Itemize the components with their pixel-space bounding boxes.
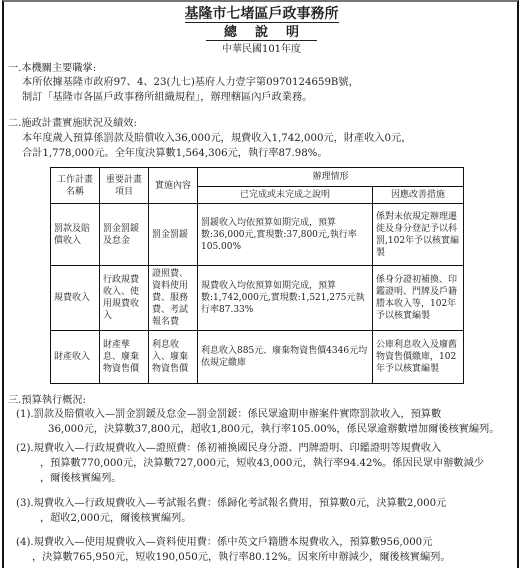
cell-plan-name: 規費收入	[51, 266, 100, 331]
section2-line: 合計1,778,000元。全年度決算數1,564,306元，執行率87.98%。	[22, 147, 328, 161]
cell-measures: 係身分證初補換、印鑑證明、門牌及戶籍謄本收入等，102年予以核實編製	[373, 266, 464, 331]
budget-item-line: ，決算數765,950元，短收190,050元，執行率80.12%。因來所申辦減…	[32, 551, 451, 565]
performance-table: 工作計畫名稱 重要計畫項目 實施內容 辦理情形 已完成或未完成之說明 因應改善措…	[50, 167, 464, 384]
header-status: 已完成或未完成之說明	[198, 187, 373, 204]
cell-content: 證照費、資料使用費、服務費、考試報名費	[149, 266, 198, 331]
section2-line: 本年度歲入預算係罰款及賠償收入36,000元，規費收入1,742,000元，財產…	[22, 132, 411, 146]
header-progress-group: 辦理情形	[198, 168, 464, 187]
section2-heading: 二.施政計畫實施狀況及績效:	[8, 117, 137, 131]
header-key-item: 重要計畫項目	[100, 168, 149, 204]
cell-key-item: 財產孳息、廢棄物資售價	[100, 331, 149, 384]
table-row: 罰款及賠償收入 罰金罰鍰及怠金 罰金罰鍰 罰鍰收入均依預算如期完成，預算數:36…	[51, 204, 464, 266]
table-row: 規費收入 行政規費收入、使用規費收入 證照費、資料使用費、服務費、考試報名費 規…	[51, 266, 464, 331]
budget-item-line: (4).規費收入—使用規費收入—資料使用費：係中英文戶籍謄本規費收入，預算數95…	[16, 536, 432, 550]
cell-status: 利息收入885元、廢棄物資售價4346元均依規定繳庫	[198, 331, 373, 384]
budget-item-line: ，超收2,000元，爾後核實編列。	[40, 512, 191, 526]
section1-line: 本所依據基隆市政府97、4、23(九七)基府人力壹字第0970124659B號，	[22, 76, 359, 90]
cell-key-item: 罰金罰鍰及怠金	[100, 204, 149, 266]
cell-measures: 係對未依規定辦理遷徙及身分登記予以科罰,102年予以核實編製	[373, 204, 464, 266]
cell-measures: 公庫利息收入及廢舊物資售價繳庫，102年予以核實編製	[373, 331, 464, 384]
table-row: 財產收入 財產孳息、廢棄物資售價 利息收入、廢棄物資售價 利息收入885元、廢棄…	[51, 331, 464, 384]
section3-heading: 三.預算執行概況:	[8, 394, 86, 408]
budget-item-line: ，預算數770,000元，決算數727,000元，短收43,000元，執行率94…	[40, 457, 484, 471]
budget-item-line: ，爾後核實編列。	[40, 472, 122, 486]
cell-status: 罰鍰收入均依預算如期完成，預算數:36,000元,實現數:37,800元,執行率…	[198, 204, 373, 266]
cell-plan-name: 罰款及賠償收入	[51, 204, 100, 266]
cell-content: 利息收入、廢棄物資售價	[149, 331, 198, 384]
cell-content: 罰金罰鍰	[149, 204, 198, 266]
agency-title: 基隆市七堵區戶政事務所	[0, 3, 523, 23]
cell-status: 規費收入均依預算如期完成，預算數:1,742,000元,實現數:1,521,27…	[198, 266, 373, 331]
section1-heading: 一.本機關主要職掌:	[8, 62, 96, 76]
section1-line: 制訂「基隆市各區戶政事務所組織規程」，辦理轄區內戶政業務。	[22, 91, 312, 105]
fiscal-year: 中華民國101年度	[0, 40, 523, 55]
budget-item-line: (2).規費收入—行政規費收入—證照費：係初補換國民身分證、門牌證明、印鑑證明等…	[16, 442, 441, 456]
doc-title: 總說明	[0, 21, 523, 40]
cell-key-item: 行政規費收入、使用規費收入	[100, 266, 149, 331]
header-content: 實施內容	[149, 168, 198, 204]
budget-item-line: (1).罰款及賠償收入—罰金罰鍰及怠金—罰金罰鍰：係民眾逾期申辦案件實際罰款收入…	[16, 408, 441, 422]
budget-item-line: 36,000元，決算數37,800元，超收1,800元，執行率105.00%，係…	[48, 423, 499, 437]
cell-plan-name: 財產收入	[51, 331, 100, 384]
header-plan-name: 工作計畫名稱	[51, 168, 100, 204]
header-measures: 因應改善措施	[373, 187, 464, 204]
budget-item-line: (3).規費收入—行政規費收入—考試報名費：係歸化考試報名費用，預算數0元，決算…	[16, 497, 446, 511]
